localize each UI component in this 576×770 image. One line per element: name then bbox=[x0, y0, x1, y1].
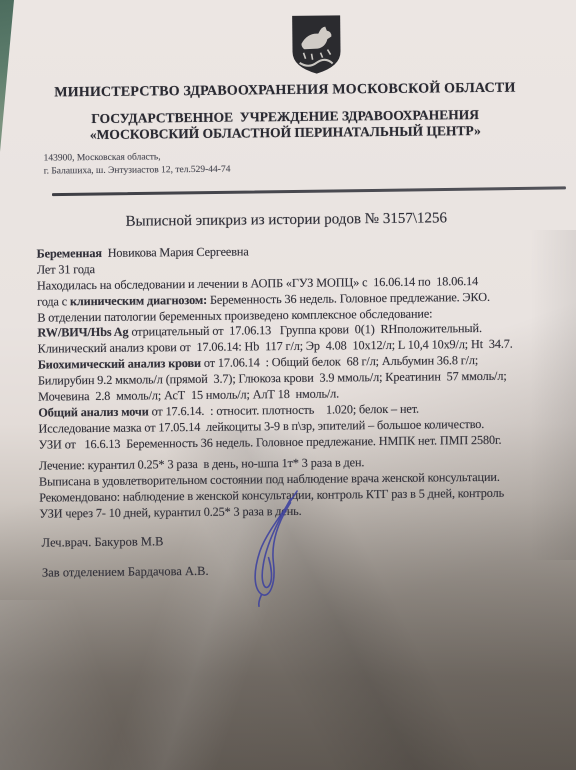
line-segment: года с bbox=[37, 294, 70, 308]
coat-of-arms-icon bbox=[287, 12, 346, 82]
line-segment: от 17.06.14 : Общий белок 68 г/л; Альбум… bbox=[201, 353, 478, 370]
line-segment: от 17.6.14. : относит. плотность 1.020; … bbox=[149, 402, 419, 419]
line-segment-bold: клиническим диагнозом: bbox=[70, 293, 207, 308]
document-title: Выписной эпикриз из истории родов № 3157… bbox=[0, 209, 574, 232]
signature-icon bbox=[235, 484, 316, 615]
doctor-signature-line: Леч.врач. Бакуров М.В bbox=[42, 534, 164, 550]
line-segment-bold: Общий анализ мочи bbox=[38, 404, 148, 419]
line-segment-bold: Беременная bbox=[37, 246, 102, 261]
line-segment: Новикова Мария Сергеевна bbox=[102, 244, 249, 260]
line-segment-bold: Биохимический анализ крови bbox=[38, 356, 201, 372]
line-segment: отрицательный от 17.06.13 Группа крови 0… bbox=[128, 321, 482, 339]
address-line-2: г. Балашиха, ш. Энтузиастов 12, тел.529-… bbox=[44, 163, 231, 177]
document-page: МИНИСТЕРСТВО ЗДРАВООХРАНЕНИЯ МОСКОВСКОЙ … bbox=[0, 0, 576, 770]
line-segment: В отделении патологии беременных произве… bbox=[37, 306, 432, 324]
org-address: 143900, Московская область, г. Балашиха,… bbox=[44, 151, 231, 178]
head-of-department-line: Зав отделением Бардачова А.В. bbox=[42, 564, 209, 581]
ministry-line: МИНИСТЕРСТВО ЗДРАВООХРАНЕНИЯ МОСКОВСКОЙ … bbox=[0, 80, 573, 102]
document-photo: МИНИСТЕРСТВО ЗДРАВООХРАНЕНИЯ МОСКОВСКОЙ … bbox=[0, 0, 576, 770]
line-segment: Лет 31 года bbox=[37, 262, 95, 277]
line-segment: Мочевина 2.8 ммоль/л; АсТ 15 нмоль/л; Ал… bbox=[38, 386, 339, 403]
examination-section: Беременная Новикова Мария Сергеевна Лет … bbox=[37, 241, 573, 453]
line-segment: Беременность 36 недель. Головное предлеж… bbox=[207, 290, 490, 307]
line-segment-bold: RW/ВИЧ/Hbs Ag bbox=[37, 325, 128, 340]
header-divider bbox=[52, 186, 566, 196]
